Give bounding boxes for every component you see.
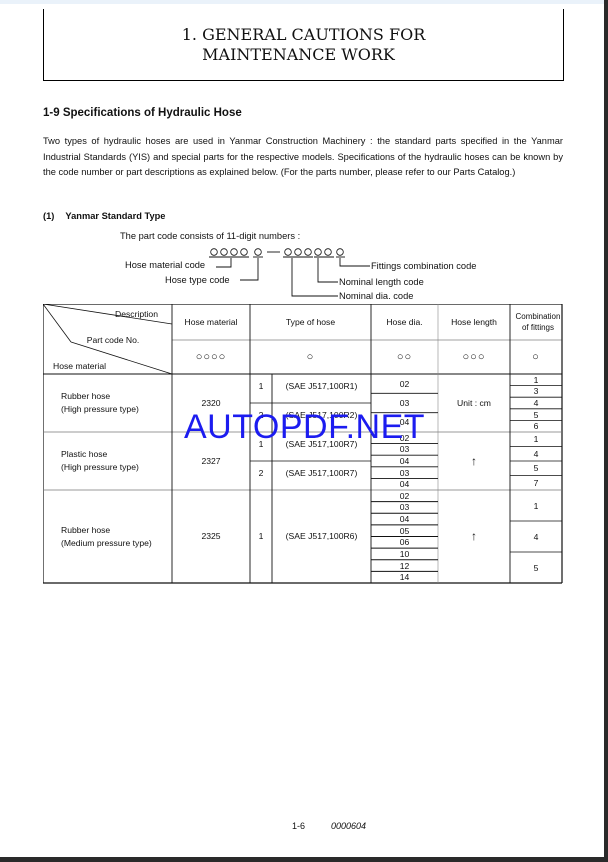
section-heading: 1-9 Specifications of Hydraulic Hose xyxy=(43,107,242,119)
corner-description: Description xyxy=(83,306,158,322)
fittings-code: 5 xyxy=(510,409,562,421)
chapter-title-box: 1. GENERAL CAUTIONS FOR MAINTENANCE WORK xyxy=(43,9,564,81)
column-header: Type of hose xyxy=(250,304,371,340)
hose-type-code: 1 xyxy=(250,490,272,583)
row-description: Rubber hose(Medium pressure type) xyxy=(61,490,171,583)
label-fittings-code: Fittings combination code xyxy=(371,261,476,271)
digit-marker: ○○○○ xyxy=(172,340,250,374)
hose-length-value: ↑ xyxy=(438,490,510,583)
hose-dia-value: 05 xyxy=(371,525,438,537)
digit-marker: ○ xyxy=(510,340,562,374)
label-hose-material-code: Hose material code xyxy=(125,260,205,270)
hose-dia-value: 14 xyxy=(371,571,438,583)
page-number: 1-6 xyxy=(292,821,305,831)
fittings-code: 4 xyxy=(510,397,562,409)
viewer-bottom-border xyxy=(0,857,608,862)
chapter-title: 1. GENERAL CAUTIONS FOR MAINTENANCE WORK xyxy=(44,25,563,65)
hose-type-spec: (SAE J517,100R6) xyxy=(272,490,371,583)
intro-paragraph: Two types of hydraulic hoses are used in… xyxy=(43,134,563,181)
corner-hose-material: Hose material xyxy=(53,358,133,374)
fittings-code: 4 xyxy=(510,521,562,552)
row-description: Rubber hose(High pressure type) xyxy=(61,374,171,432)
document-code: 0000604 xyxy=(331,821,366,831)
subsection-heading: (1) Yanmar Standard Type xyxy=(43,211,165,221)
fittings-code: 5 xyxy=(510,461,562,476)
hose-dia-value: 03 xyxy=(371,467,438,479)
hose-dia-value: 02 xyxy=(371,374,438,393)
fittings-code: 4 xyxy=(510,447,562,462)
label-nominal-dia-code: Nominal dia. code xyxy=(339,291,413,301)
hose-dia-value: 12 xyxy=(371,560,438,572)
hose-type-code: 1 xyxy=(250,374,272,403)
fittings-code: 5 xyxy=(510,552,562,583)
viewer-top-band xyxy=(0,0,608,4)
column-header: Combinationof fittings xyxy=(510,304,566,340)
fittings-code: 6 xyxy=(510,420,562,432)
code-intro-text: The part code consists of 11-digit numbe… xyxy=(120,231,300,241)
hose-dia-value: 02 xyxy=(371,490,438,502)
fittings-code: 1 xyxy=(510,374,562,386)
hose-dia-value: 04 xyxy=(371,478,438,490)
label-nominal-length-code: Nominal length code xyxy=(339,277,424,287)
hose-dia-value: 04 xyxy=(371,455,438,467)
viewer-right-border xyxy=(604,0,608,862)
digit-marker: ○○ xyxy=(371,340,438,374)
hose-dia-value: 03 xyxy=(371,502,438,514)
corner-part-code: Part code No. xyxy=(73,332,153,348)
row-description: Plastic hose(High pressure type) xyxy=(61,432,171,490)
digit-marker: ○○○ xyxy=(438,340,510,374)
watermark: AUTOPDF.NET xyxy=(184,407,425,447)
code-digit-circles xyxy=(211,249,344,256)
label-hose-type-code: Hose type code xyxy=(165,275,230,285)
hose-dia-value: 04 xyxy=(371,513,438,525)
chapter-title-line2: MAINTENANCE WORK xyxy=(44,45,563,65)
subsection-title: Yanmar Standard Type xyxy=(65,211,165,221)
column-header: Hose dia. xyxy=(371,304,438,340)
digit-marker: ○ xyxy=(250,340,371,374)
chapter-title-line1: 1. GENERAL CAUTIONS FOR xyxy=(182,25,426,44)
fittings-code: 1 xyxy=(510,490,562,521)
fittings-code: 7 xyxy=(510,476,562,491)
hose-type-spec: (SAE J517,100R7) xyxy=(272,461,371,490)
hose-type-spec: (SAE J517,100R1) xyxy=(272,374,371,403)
row-hose-material: 2325 xyxy=(172,490,250,583)
hose-type-code: 2 xyxy=(250,461,272,490)
hose-dia-value: 06 xyxy=(371,537,438,549)
fittings-code: 1 xyxy=(510,432,562,447)
hose-dia-value: 10 xyxy=(371,548,438,560)
hose-length-value: Unit : cm xyxy=(438,374,510,432)
hose-length-value: ↑ xyxy=(438,432,510,490)
subsection-number: (1) xyxy=(43,211,63,221)
column-header: Hose material xyxy=(172,304,250,340)
fittings-code: 3 xyxy=(510,386,562,398)
column-header: Hose length xyxy=(438,304,510,340)
